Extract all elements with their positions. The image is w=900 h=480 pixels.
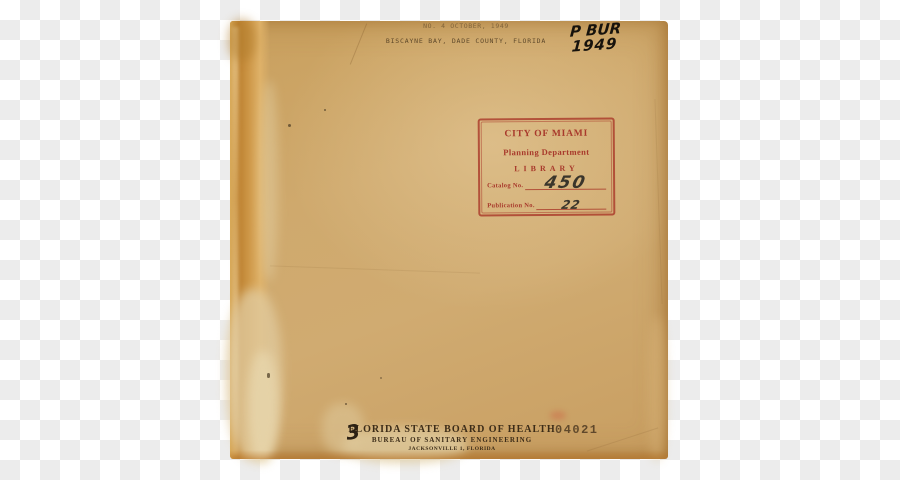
catalog-number-label: Catalog No.: [487, 182, 523, 190]
typed-header: NO. 4 OCTOBER, 1949 BISCAYNE BAY, DADE C…: [348, 22, 584, 45]
agency-city: JACKSONVILLE 1, FLORIDA: [302, 446, 602, 452]
stamp-title: CITY OF MIAMI: [480, 129, 613, 140]
crease-line: [654, 99, 662, 304]
stain-patch: [228, 19, 256, 61]
stamp-publication-row: Publication No. 22: [487, 195, 606, 211]
typed-header-line1: NO. 4 OCTOBER, 1949: [348, 22, 584, 30]
accession-number: 04021: [555, 423, 599, 437]
stamp-department: Planning Department: [480, 147, 613, 158]
handwritten-note-line2: 1949: [563, 36, 626, 55]
publication-number-label: Publication No.: [487, 202, 535, 210]
crease-line: [270, 265, 480, 273]
transparency-background: NO. 4 OCTOBER, 1949 BISCAYNE BAY, DADE C…: [0, 0, 900, 480]
library-stamp: CITY OF MIAMI Planning Department LIBRAR…: [478, 118, 616, 217]
stamp-catalog-row: Catalog No. 450: [487, 175, 606, 191]
handwritten-note: P BUR 1949: [563, 21, 627, 56]
red-smudge: [550, 411, 566, 420]
publication-number-value: 22: [535, 198, 608, 213]
catalog-number-line: 450: [525, 174, 606, 191]
document-cover-photo: NO. 4 OCTOBER, 1949 BISCAYNE BAY, DADE C…: [230, 21, 668, 459]
typed-header-line2: BISCAYNE BAY, DADE COUNTY, FLORIDA: [348, 37, 584, 45]
catalog-number-value: 450: [523, 173, 609, 194]
worn-patch: [260, 81, 278, 281]
foxing-speck: [324, 109, 326, 111]
worn-patch: [248, 351, 278, 463]
publication-number-line: 22: [537, 194, 607, 210]
foxing-speck: [380, 377, 382, 379]
foxing-speck: [267, 373, 270, 378]
worn-patch: [648, 316, 666, 461]
foxing-speck: [288, 124, 291, 127]
foxing-speck: [345, 403, 347, 405]
